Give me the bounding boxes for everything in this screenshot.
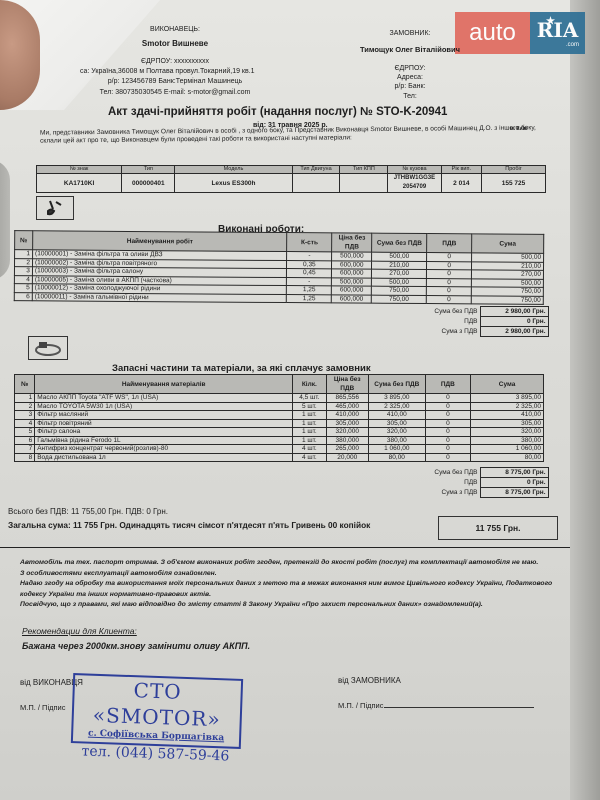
engine-value xyxy=(292,174,340,193)
table-cell: 265,000 xyxy=(326,445,368,454)
table-cell: 0 xyxy=(427,261,472,270)
table-cell: 3 895,00 xyxy=(368,394,425,403)
parts-body: 1Масло АКПП Toyota "ATF WS", 1л (USA)4,5… xyxy=(15,394,544,462)
parts-icon xyxy=(28,336,68,360)
table-cell: 0 xyxy=(425,411,471,420)
table-cell: 750,00 xyxy=(372,295,427,304)
table-cell: 1 060,00 xyxy=(471,445,544,454)
col-year: Рік вип. xyxy=(441,166,481,174)
col-total: Сума xyxy=(472,234,544,254)
vehicle-header-row: № знак Тип Модель Тип Двигуна Тип КПП № … xyxy=(37,166,546,174)
contractor-contacts: Тел: 380735030545 E-mail: s-motor@gmail.… xyxy=(70,87,280,99)
table-cell: (10000011) - Заміна гальмівної рідини xyxy=(32,292,286,302)
totals-value: 0 Грн. xyxy=(480,317,548,327)
table-row: 1Масло АКПП Toyota "ATF WS", 1л (USA)4,5… xyxy=(15,394,544,403)
col-num: № xyxy=(15,375,35,394)
finger-shadow xyxy=(0,160,10,280)
legal-text: Автомобіль та тех. паспорт отримав. З об… xyxy=(20,558,565,611)
table-cell: 410,00 xyxy=(368,411,425,420)
grand-subtotal: Всього без ПДВ: 11 755,00 Грн. ПДВ: 0 Гр… xyxy=(8,507,168,516)
grand-total-box: 11 755 Грн. xyxy=(438,516,558,540)
table-cell: Антифриз концентрат червоний(розлив)-80 xyxy=(35,445,293,454)
table-cell: 500,000 xyxy=(332,252,372,261)
table-row: 2Масло TOYOTA 5W30 1л (USA)5 шт.465,0002… xyxy=(15,402,544,411)
table-cell: 410,00 xyxy=(471,411,544,420)
table-cell: 305,00 xyxy=(368,419,425,428)
table-cell: Масло TOYOTA 5W30 1л (USA) xyxy=(35,402,293,411)
table-cell: 2 325,00 xyxy=(368,402,425,411)
gearbox-value xyxy=(340,174,388,193)
table-cell: 2 325,00 xyxy=(471,402,544,411)
customer-label: ЗАМОВНИК: xyxy=(345,30,475,37)
table-cell: 7 xyxy=(15,445,35,454)
act-title: Акт здачі-прийняття робіт (надання послу… xyxy=(108,106,508,118)
totals-row: Сума без ПДВ8 775,00 Грн. xyxy=(412,468,548,478)
table-cell: 4 xyxy=(15,419,35,428)
model-value: Lexus ES300h xyxy=(175,174,292,193)
table-cell: 320,00 xyxy=(471,428,544,437)
table-cell: 0 xyxy=(427,270,472,279)
table-cell: 500,00 xyxy=(372,278,427,287)
table-cell: 750,00 xyxy=(372,286,427,295)
parts-totals: Сума без ПДВ8 775,00 Грн.ПДВ0 Грн.Сума з… xyxy=(412,467,549,498)
table-cell: 500,000 xyxy=(332,277,372,286)
table-row: 7Антифриз концентрат червоний(розлив)-80… xyxy=(15,445,544,454)
table-cell: 0,45 xyxy=(287,269,332,278)
table-row: 3Фільтр масляний1 шт.410,000410,000410,0… xyxy=(15,411,544,420)
table-cell: 600,000 xyxy=(332,286,372,295)
table-cell: 600,000 xyxy=(332,260,372,269)
table-cell: 5 xyxy=(15,428,35,437)
legal-line: Надаю згоду на обробку та використання м… xyxy=(20,579,565,600)
table-cell: 4,5 шт. xyxy=(293,394,326,403)
table-cell: Вода дистильована 1л xyxy=(35,453,293,462)
table-cell: Гальмівна рідина Ferodo 1L xyxy=(35,436,293,445)
table-cell: 1 xyxy=(15,250,33,259)
col-type: Тип xyxy=(122,166,175,174)
parts-header-row: № Найменування матеріалів Кілк. Ціна без… xyxy=(15,375,544,394)
totals-label: ПДВ xyxy=(412,478,480,488)
year-value: 2 014 xyxy=(441,174,481,193)
table-cell: 600,000 xyxy=(332,269,372,278)
table-cell: 1 xyxy=(15,394,35,403)
table-cell: 500,00 xyxy=(372,252,427,261)
company-stamp: СТО «SMOTOR» с. Софіївська Борщагівка те… xyxy=(71,673,243,749)
table-row: 5Фільтр салона1 шт.320,000320,000320,00 xyxy=(15,428,544,437)
table-cell: 80,00 xyxy=(368,453,425,462)
totals-label: ПДВ xyxy=(412,317,480,327)
table-row: 6Гальмівна рідина Ferodo 1L1 шт.380,0003… xyxy=(15,436,544,445)
table-cell: 4 шт. xyxy=(293,453,326,462)
totals-row: Сума з ПДВ2 980,00 Грн. xyxy=(412,327,548,337)
vin-value: JTHBW1GG3E 2054709 xyxy=(388,174,441,193)
table-cell: 5 xyxy=(14,284,32,293)
table-cell: 305,00 xyxy=(471,419,544,428)
table-cell: 465,000 xyxy=(326,402,368,411)
star-icon: ★ xyxy=(546,16,555,27)
table-cell: 0,35 xyxy=(287,260,332,269)
contractor-account: р/р: 123456789 Банк:Термінал Машинець xyxy=(70,77,280,87)
table-cell: 0 xyxy=(427,253,472,262)
contractor-block: ВИКОНАВЕЦЬ: Smotor Вишневе ЄДРПОУ: ххххх… xyxy=(70,26,280,99)
col-material-name: Найменування матеріалів xyxy=(35,375,293,394)
totals-label: Сума без ПДВ xyxy=(412,468,480,478)
legal-line: З особливостями експлуатації автомобіля … xyxy=(20,569,565,580)
col-price: Ціна без ПДВ xyxy=(332,233,372,252)
totals-value: 8 775,00 Грн. xyxy=(480,468,548,478)
table-cell: 750,00 xyxy=(471,295,543,304)
customer-phone: Тел: xyxy=(345,91,475,103)
table-cell: 5 шт. xyxy=(293,402,326,411)
col-subtotal: Сума без ПДВ xyxy=(368,375,425,394)
table-cell: 6 xyxy=(14,292,32,301)
tools-icon xyxy=(36,196,74,220)
table-cell: 80,00 xyxy=(471,453,544,462)
parts-title: Запасні частини та матеріали, за які спл… xyxy=(112,363,371,374)
customer-sign: М.П. / Підпис xyxy=(338,701,534,710)
table-cell: Фільтр повітряний xyxy=(35,419,293,428)
customer-edrpou: ЄДРПОУ: xyxy=(345,64,475,73)
legal-line: Автомобіль та тех. паспорт отримав. З об… xyxy=(20,558,565,569)
table-cell: 2 xyxy=(14,258,32,267)
type-value: 000000401 xyxy=(122,174,175,193)
table-cell: 2 xyxy=(15,402,35,411)
table-cell: 320,00 xyxy=(368,428,425,437)
customer-account: р/р: Банк: xyxy=(345,82,475,91)
col-mileage: Пробіг xyxy=(482,166,546,174)
table-cell: 1,25 xyxy=(287,286,332,295)
col-vat: ПДВ xyxy=(425,375,471,394)
table-cell: Масло АКПП Toyota "ATF WS", 1л (USA) xyxy=(35,394,293,403)
customer-sign-label: від ЗАМОВНИКА xyxy=(338,676,401,685)
works-totals: Сума без ПДВ2 980,00 Грн.ПДВ0 Грн.Сума з… xyxy=(412,306,549,337)
signature-line xyxy=(384,707,534,708)
table-row: 8Вода дистильована 1л4 шт.20,00080,00080… xyxy=(15,453,544,462)
table-cell: 380,00 xyxy=(471,436,544,445)
totals-value: 0 Грн. xyxy=(480,478,548,488)
contractor-edrpou: ЄДРПОУ: хххххххххх xyxy=(70,57,280,67)
table-cell: 3 xyxy=(14,267,32,276)
totals-row: ПДВ0 Грн. xyxy=(412,478,548,488)
table-cell: 4 xyxy=(14,275,32,284)
grand-total-words: Загальна сума: 11 755 Грн. Одинадцять ти… xyxy=(8,519,418,532)
table-cell: 0 xyxy=(427,278,472,287)
table-cell: 1 шт. xyxy=(293,428,326,437)
col-qty: К-сть xyxy=(287,233,332,252)
table-cell: 4 шт. xyxy=(293,445,326,454)
table-cell: Фільтр салона xyxy=(35,428,293,437)
table-cell: 0 xyxy=(426,287,471,296)
col-total: Сума xyxy=(471,375,544,394)
table-cell: 600,000 xyxy=(332,294,372,303)
recommendations-text: Бажана через 2000км.знову замінити оливу… xyxy=(22,641,250,651)
works-table: № Найменування робіт К-сть Ціна без ПДВ … xyxy=(14,230,544,305)
table-cell: - xyxy=(287,277,332,286)
col-model: Модель xyxy=(175,166,292,174)
totals-row: Сума без ПДВ2 980,00 Грн. xyxy=(412,307,548,317)
customer-name: Тимощук Олег Віталійович xyxy=(345,45,475,54)
table-cell: 410,000 xyxy=(326,411,368,420)
col-engine: Тип Двигуна xyxy=(292,166,340,174)
works-body: 1(10000001) - Заміна фільтра та оливи ДВ… xyxy=(14,250,543,305)
totals-label: Сума без ПДВ xyxy=(412,307,480,317)
vehicle-table: № знак Тип Модель Тип Двигуна Тип КПП № … xyxy=(36,165,546,193)
table-cell: 865,556 xyxy=(326,394,368,403)
col-subtotal: Сума без ПДВ xyxy=(372,233,427,252)
table-cell: Фільтр масляний xyxy=(35,411,293,420)
table-row: 4Фільтр повітряний1 шт.305,000305,000305… xyxy=(15,419,544,428)
table-cell: 0 xyxy=(425,394,471,403)
col-gearbox: Тип КПП xyxy=(340,166,388,174)
col-num: № xyxy=(15,231,33,250)
customer-address: Адреса: xyxy=(345,73,475,82)
contractor-address: са: Україна,36008 м Полтава провул.Токар… xyxy=(80,67,280,77)
totals-row: ПДВ0 Грн. xyxy=(412,317,548,327)
totals-label: Сума з ПДВ xyxy=(412,488,480,498)
parts-table: № Найменування матеріалів Кілк. Ціна без… xyxy=(14,374,544,462)
totals-value: 2 980,00 Грн. xyxy=(480,307,548,317)
table-cell: 320,000 xyxy=(326,428,368,437)
table-cell: 1 шт. xyxy=(293,436,326,445)
totals-label: Сума з ПДВ xyxy=(412,327,480,337)
contractor-name: Smotor Вишневе xyxy=(70,39,280,48)
col-plate: № знак xyxy=(37,166,122,174)
table-cell: 380,000 xyxy=(326,436,368,445)
table-cell: 20,000 xyxy=(326,453,368,462)
table-cell: 270,00 xyxy=(372,269,427,278)
table-cell: 1 шт. xyxy=(293,411,326,420)
col-work-name: Найменування робіт xyxy=(33,231,288,252)
totals-value: 2 980,00 Грн. xyxy=(480,327,548,337)
col-vin: № кузова xyxy=(388,166,441,174)
table-cell: 3 xyxy=(15,411,35,420)
col-price: Ціна без ПДВ xyxy=(326,375,368,394)
recommendations-label: Рекомендации для Клиента: xyxy=(22,626,137,636)
totals-value: 8 775,00 Грн. xyxy=(480,488,548,498)
table-cell: 305,000 xyxy=(326,419,368,428)
mileage-value: 155 725 xyxy=(482,174,546,193)
table-cell: 380,00 xyxy=(368,436,425,445)
table-cell: 3 895,00 xyxy=(471,394,544,403)
table-cell: 1,25 xyxy=(287,294,332,303)
plate-value: KA1710KI xyxy=(37,174,122,193)
table-cell: 210,00 xyxy=(372,261,427,270)
table-cell: 0 xyxy=(425,453,471,462)
vehicle-row: KA1710KI 000000401 Lexus ES300h JTHBW1GG… xyxy=(37,174,546,193)
contractor-sign: М.П. / Підпис xyxy=(20,703,66,712)
logo-ria: ★ RIA .com xyxy=(530,12,585,54)
table-cell: 0 xyxy=(425,419,471,428)
customer-block: ЗАМОВНИК: Тимощук Олег Віталійович ЄДРПО… xyxy=(345,30,475,103)
table-cell: 8 xyxy=(15,453,35,462)
table-cell: 1 шт. xyxy=(293,419,326,428)
table-cell: 0 xyxy=(425,436,471,445)
table-cell: - xyxy=(287,252,332,261)
table-cell: 6 xyxy=(15,436,35,445)
table-cell: 0 xyxy=(426,295,471,304)
legal-line: Посвідчую, що з правами, які маю відпові… xyxy=(20,600,565,611)
table-cell: 0 xyxy=(425,445,471,454)
totals-row: Сума з ПДВ8 775,00 Грн. xyxy=(412,488,548,498)
table-cell: 0 xyxy=(425,428,471,437)
contractor-label: ВИКОНАВЕЦЬ: xyxy=(70,26,280,33)
col-qty: Кілк. xyxy=(293,375,326,394)
table-cell: 1 060,00 xyxy=(368,445,425,454)
page-edge xyxy=(570,0,600,800)
divider xyxy=(0,547,570,548)
col-vat: ПДВ xyxy=(427,234,472,253)
stamp-title: СТО «SMOTOR» xyxy=(73,675,241,733)
table-cell: 0 xyxy=(425,402,471,411)
